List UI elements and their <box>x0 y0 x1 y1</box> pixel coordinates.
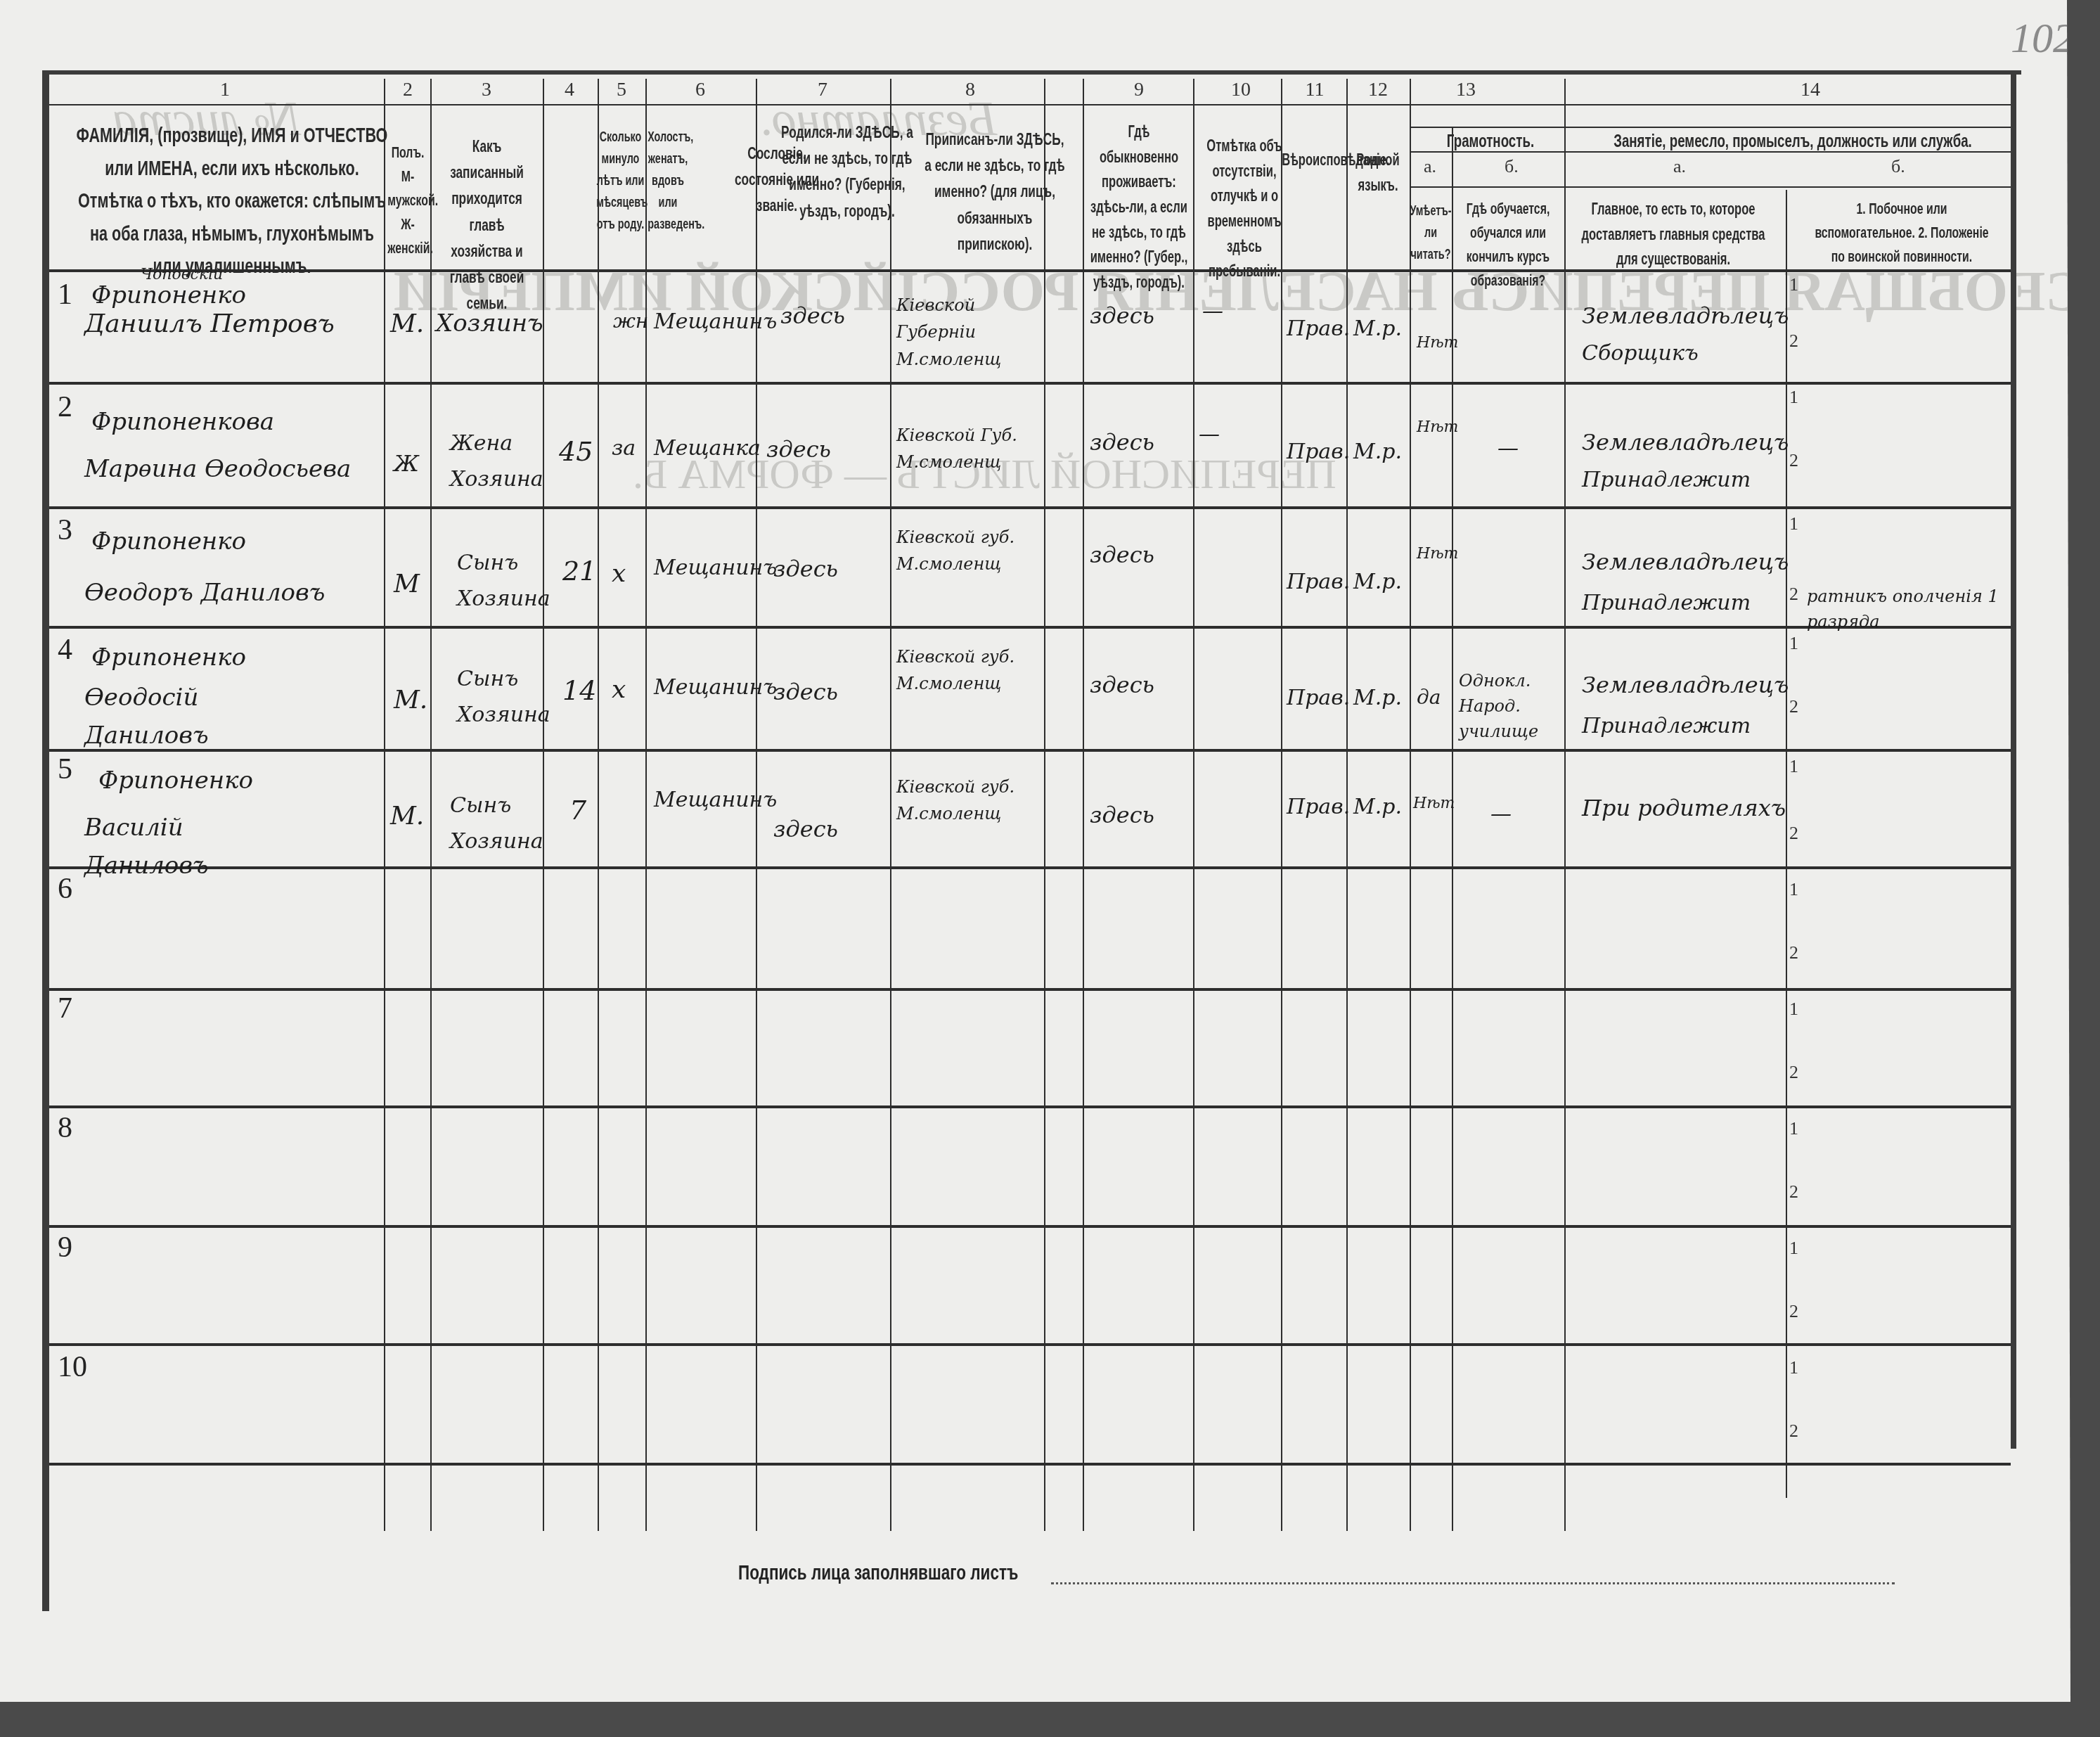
subrow-label: 1 <box>1789 999 1798 1020</box>
col-divider <box>384 79 385 1531</box>
col-number: 10 <box>1223 79 1258 101</box>
row3-language: М.р. <box>1353 570 1402 594</box>
row1-occupation-main: Землевладѣлецъ <box>1582 302 1789 329</box>
row1-sex: М. <box>390 309 424 338</box>
col-header-occupation-a-label: а. <box>1673 156 1686 177</box>
row-number: 3 <box>58 513 72 547</box>
row1-religion: Прав. <box>1287 316 1350 341</box>
row2-occupation-main: Землевладѣлецъ <box>1582 429 1789 456</box>
col-number: 12 <box>1360 79 1396 101</box>
col-number: 9 <box>1125 79 1153 101</box>
row4-relation: Сынъ Хозяина <box>457 661 541 733</box>
col-header-residence: Гдѣ обыкновенно проживаетъ: здѣсь-ли, а … <box>1088 120 1190 295</box>
row1-absence: — <box>1202 299 1223 323</box>
col-number: 14 <box>1793 79 1828 101</box>
col-number: 3 <box>472 79 501 101</box>
row4-occupation-main2: Принадлежит <box>1582 714 1751 738</box>
row-number: 7 <box>58 992 72 1025</box>
row4-surname: Фрипоненко <box>91 643 246 672</box>
col-number: 7 <box>809 79 837 101</box>
row3-religion: Прав. <box>1287 570 1350 594</box>
row4-language: М.р. <box>1353 686 1402 710</box>
row2-given: Марѳина Ѳеодосьева <box>84 450 380 488</box>
col-divider <box>543 79 544 1531</box>
row2-language: М.р. <box>1353 440 1402 464</box>
col-header-literacy-b: Гдѣ обучается, обучался или кончилъ курс… <box>1460 197 1557 293</box>
col-header-religion: Вѣроисповѣданіе. <box>1282 148 1348 173</box>
row5-sex: М. <box>390 802 424 831</box>
subrow-label: 2 <box>1789 1421 1798 1442</box>
subrow-label: 1 <box>1789 1118 1798 1139</box>
row5-estate: Мещанинъ <box>654 788 752 812</box>
subrow-label: 2 <box>1789 331 1798 352</box>
row-number: 2 <box>58 390 72 424</box>
row5-education: — <box>1490 802 1512 826</box>
row3-given: Ѳеодоръ Даниловъ <box>84 577 366 610</box>
row2-religion: Прав. <box>1287 440 1350 464</box>
row2-sex: Ж <box>394 450 419 477</box>
subrow-label: 1 <box>1789 1357 1798 1378</box>
col-divider <box>890 79 891 1531</box>
row2-literate: Нѣт <box>1417 418 1458 436</box>
row1-surname: Фрипоненко <box>91 281 246 309</box>
subrow-label: 2 <box>1789 942 1798 963</box>
row5-religion: Прав. <box>1287 795 1350 819</box>
row3-sex: М <box>394 570 420 598</box>
row1-relation: Хозяинъ <box>436 309 543 338</box>
row1-literate: Нѣт <box>1417 334 1458 352</box>
row1-language: М.р. <box>1353 316 1402 341</box>
row-number: 9 <box>58 1231 72 1264</box>
subrow-label: 2 <box>1789 1301 1798 1322</box>
row5-occupation-main: При родителяхъ <box>1582 795 1786 821</box>
col-divider <box>1193 79 1194 1531</box>
col-divider <box>1564 79 1566 1531</box>
col-header-literacy-a: Умѣетъ-ли читать? <box>1408 200 1454 266</box>
row1-born: здесь <box>780 302 845 329</box>
signature-line[interactable] <box>1051 1582 1895 1584</box>
header-rule <box>49 104 2011 105</box>
subrow-label: 1 <box>1789 274 1798 295</box>
row2-absence: — <box>1199 422 1220 447</box>
row4-age: 14 <box>562 675 596 706</box>
row3-occupation-main: Землевладѣлецъ <box>1582 549 1789 575</box>
table-frame-right <box>2011 70 2016 1449</box>
col-divider <box>1786 190 1787 1498</box>
col-divider <box>598 79 599 1531</box>
col-divider <box>1083 79 1084 1531</box>
row3-born: здесь <box>773 556 838 582</box>
row5-born: здесь <box>773 816 838 842</box>
col-header-born: Родился-ли ЗДѢСЬ, а если не здѣсь, то гд… <box>774 120 921 224</box>
row1-residence: здесь <box>1090 302 1154 329</box>
col-divider <box>1044 79 1045 1531</box>
row-rule <box>49 1105 2011 1108</box>
col-number: 6 <box>686 79 714 101</box>
row2-occupation-main2: Принадлежит <box>1582 468 1751 492</box>
row1-registered: Кіевской Губерніи М.смоленщ <box>896 292 1037 373</box>
row-rule <box>49 1225 2011 1228</box>
row3-occupation-main2: Принадлежит <box>1582 591 1751 615</box>
row2-born: здесь <box>766 436 831 463</box>
row-number: 1 <box>58 278 72 312</box>
row-rule <box>49 749 2011 752</box>
row4-occupation-main: Землевладѣлецъ <box>1582 672 1789 698</box>
col-header-age: Сколько минуло лѣтъ или мѣсяцевъ отъ род… <box>596 127 644 236</box>
subrow-label: 2 <box>1789 584 1798 605</box>
col-divider <box>430 79 432 1531</box>
col-number: 1 <box>211 79 239 101</box>
row4-born: здесь <box>773 679 838 705</box>
row-rule <box>49 1463 2011 1466</box>
subrow-label: 1 <box>1789 633 1798 654</box>
row4-literate: да <box>1417 686 1441 709</box>
row1-occupation-main2: Сборщикъ <box>1582 341 1699 366</box>
row2-estate: Мещанка <box>654 436 752 461</box>
header-rule <box>1410 186 2011 188</box>
row1-given: Даниилъ Петровъ <box>84 309 335 338</box>
col-number: 4 <box>555 79 584 101</box>
row4-registered: Кіевской губ. М.смоленщ <box>896 643 1037 698</box>
row4-residence: здесь <box>1090 672 1154 698</box>
row3-residence: здесь <box>1090 541 1154 568</box>
row2-surname: Фрипоненкова <box>91 408 274 436</box>
page-number: 102 <box>2011 14 2074 63</box>
col-header-registered: Приписанъ-ли ЗДѢСЬ, а если не здѣсь, то … <box>922 127 1069 257</box>
row4-marital: х <box>612 675 626 704</box>
row4-estate: Мещанинъ <box>654 675 752 700</box>
subrow-label: 2 <box>1789 1062 1798 1083</box>
row2-marital: за <box>612 436 636 461</box>
col-header-literacy-b-label: б. <box>1505 156 1519 177</box>
subrow-label: 1 <box>1789 387 1798 408</box>
census-sheet: ПЕРВАЯ ВСЕОБЩАЯ ПЕРЕПИСЬ НАСЕЛЕНІЯ РОССІ… <box>0 0 2070 1702</box>
row2-residence: здесь <box>1090 429 1154 456</box>
subrow-label: 1 <box>1789 879 1798 900</box>
row1-estate: Мещанинъ <box>654 309 752 334</box>
row5-residence: здесь <box>1090 802 1154 828</box>
col-divider <box>1281 79 1282 1531</box>
col-header-name: ФАМИЛІЯ, (прозвище), ИМЯ и ОТЧЕСТВО или … <box>75 120 389 283</box>
col-header-literacy: Грамотность. <box>1430 127 1552 155</box>
row1-marital: жн <box>613 309 648 333</box>
row3-literate: Нѣт <box>1417 545 1458 563</box>
row-rule <box>49 988 2011 991</box>
col-header-language: Родной языкъ. <box>1350 148 1405 198</box>
row4-given: Ѳеодосій Даниловъ <box>84 679 295 755</box>
row-number: 10 <box>58 1350 87 1384</box>
row-rule <box>49 866 2011 869</box>
row3-marital: х <box>612 559 626 588</box>
subrow-label: 1 <box>1789 1238 1798 1259</box>
row-number: 5 <box>58 752 72 786</box>
row3-relation: Сынъ Хозяина <box>457 545 541 617</box>
row3-military-status: ратникъ ополченія 1 разряда <box>1807 584 2018 634</box>
row-rule <box>49 1343 2011 1346</box>
row3-registered: Кіевской губ. М.смоленщ <box>896 524 1037 578</box>
row-rule <box>49 506 2011 509</box>
row5-literate: Нѣт <box>1413 795 1455 812</box>
row-number: 8 <box>58 1111 72 1145</box>
col-header-occupation-b-label: б. <box>1891 156 1905 177</box>
col-number: 8 <box>956 79 984 101</box>
subrow-label: 2 <box>1789 450 1798 471</box>
row-rule <box>49 382 2011 385</box>
row5-registered: Кіевской губ. М.смоленщ <box>896 774 1037 828</box>
col-header-relation: Какъ записанный приходится главѣ хозяйст… <box>440 134 534 316</box>
row2-education: — <box>1497 436 1519 461</box>
col-number: 13 <box>1448 79 1483 101</box>
row-number: 6 <box>58 872 72 906</box>
subrow-label: 2 <box>1789 696 1798 717</box>
col-divider <box>1410 79 1411 1531</box>
row3-age: 21 <box>562 556 596 587</box>
col-header-absence: Отмѣтка объ отсутствіи, отлучкѣ и о врем… <box>1204 134 1284 284</box>
row5-relation: Сынъ Хозяина <box>450 788 534 859</box>
row5-given: Василій Даниловъ <box>84 809 295 885</box>
subrow-label: 1 <box>1789 756 1798 777</box>
row2-relation: Жена Хозяина <box>450 425 541 497</box>
col-divider <box>645 79 647 1531</box>
col-number: 2 <box>394 79 422 101</box>
row-rule <box>49 626 2011 629</box>
row4-sex: М. <box>394 686 427 714</box>
row5-age: 7 <box>569 795 586 826</box>
subrow-label: 1 <box>1789 513 1798 534</box>
col-header-occupation: Занятіе, ремесло, промыселъ, должность и… <box>1595 127 1990 155</box>
row5-language: М.р. <box>1353 795 1402 819</box>
row2-registered: Кіевской Губ. М.смоленщ <box>896 422 1037 476</box>
col-number: 11 <box>1297 79 1332 101</box>
row-number: 4 <box>58 633 72 667</box>
col-number: 5 <box>607 79 636 101</box>
row2-age: 45 <box>559 436 593 467</box>
row3-surname: Фрипоненко <box>91 527 246 556</box>
col-header-marital: Холостъ, женатъ, вдовъ или разведенъ. <box>648 127 688 236</box>
row4-education: Однокл. Народ. училище <box>1459 668 1564 744</box>
subrow-label: 2 <box>1789 823 1798 844</box>
subrow-label: 2 <box>1789 1181 1798 1203</box>
row3-estate: Мещанинъ <box>654 556 752 580</box>
col-header-occupation-a: Главное, то есть то, которое доставляетъ… <box>1577 197 1770 272</box>
signature-label: Подпись лица заполнявшаго листъ <box>738 1561 1018 1585</box>
row4-religion: Прав. <box>1287 686 1350 710</box>
row5-surname: Фрипоненко <box>98 767 253 795</box>
col-header-sex: Полъ. М-мужской. Ж-женскій. <box>387 141 428 260</box>
col-header-occupation-b: 1. Побочное или вспомогательное. 2. Поло… <box>1808 197 1995 269</box>
col-header-literacy-a-label: а. <box>1424 156 1436 177</box>
